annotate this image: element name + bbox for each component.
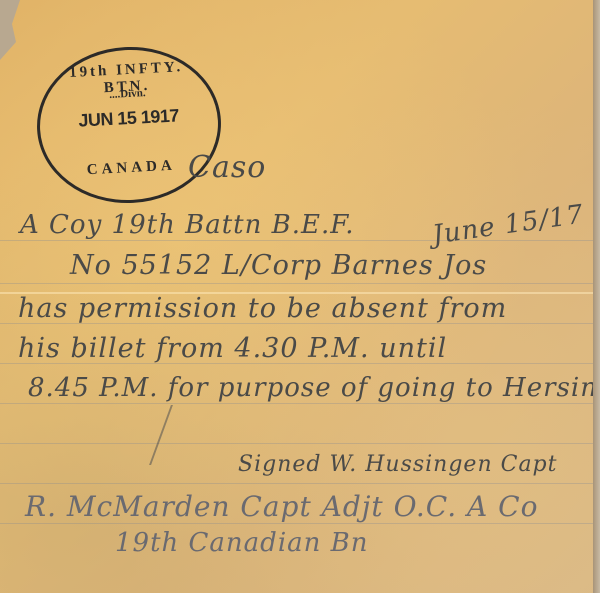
soldier-line: No 55152 L/Corp Barnes Jos xyxy=(70,250,487,281)
officer-signature: R. McMarden Capt Adjt O.C. A Co xyxy=(25,490,538,523)
body-line-1: has permission to be absent from xyxy=(18,293,507,324)
letter-heading: Caso xyxy=(188,150,266,185)
letter-date: June 15/17 xyxy=(431,200,586,251)
ruled-line xyxy=(0,403,593,404)
ruled-line xyxy=(0,523,593,524)
stamp-date: JUN 15 1917 xyxy=(39,103,218,133)
regiment-line: 19th Canadian Bn xyxy=(115,528,369,558)
signed-line: Signed W. Hussingen Capt xyxy=(238,452,558,477)
ruled-line xyxy=(0,283,593,284)
torn-corner xyxy=(0,0,20,60)
ruled-line xyxy=(0,483,593,484)
background-edge xyxy=(593,0,600,593)
document-paper: 19th INFTY. BTN. ....Divn. JUN 15 1917 C… xyxy=(0,0,595,593)
unit-line: A Coy 19th Battn B.E.F. xyxy=(20,210,354,240)
body-line-3: 8.45 P.M. for purpose of going to Hersin xyxy=(28,373,598,403)
body-line-2: his billet from 4.30 P.M. until xyxy=(18,333,447,364)
